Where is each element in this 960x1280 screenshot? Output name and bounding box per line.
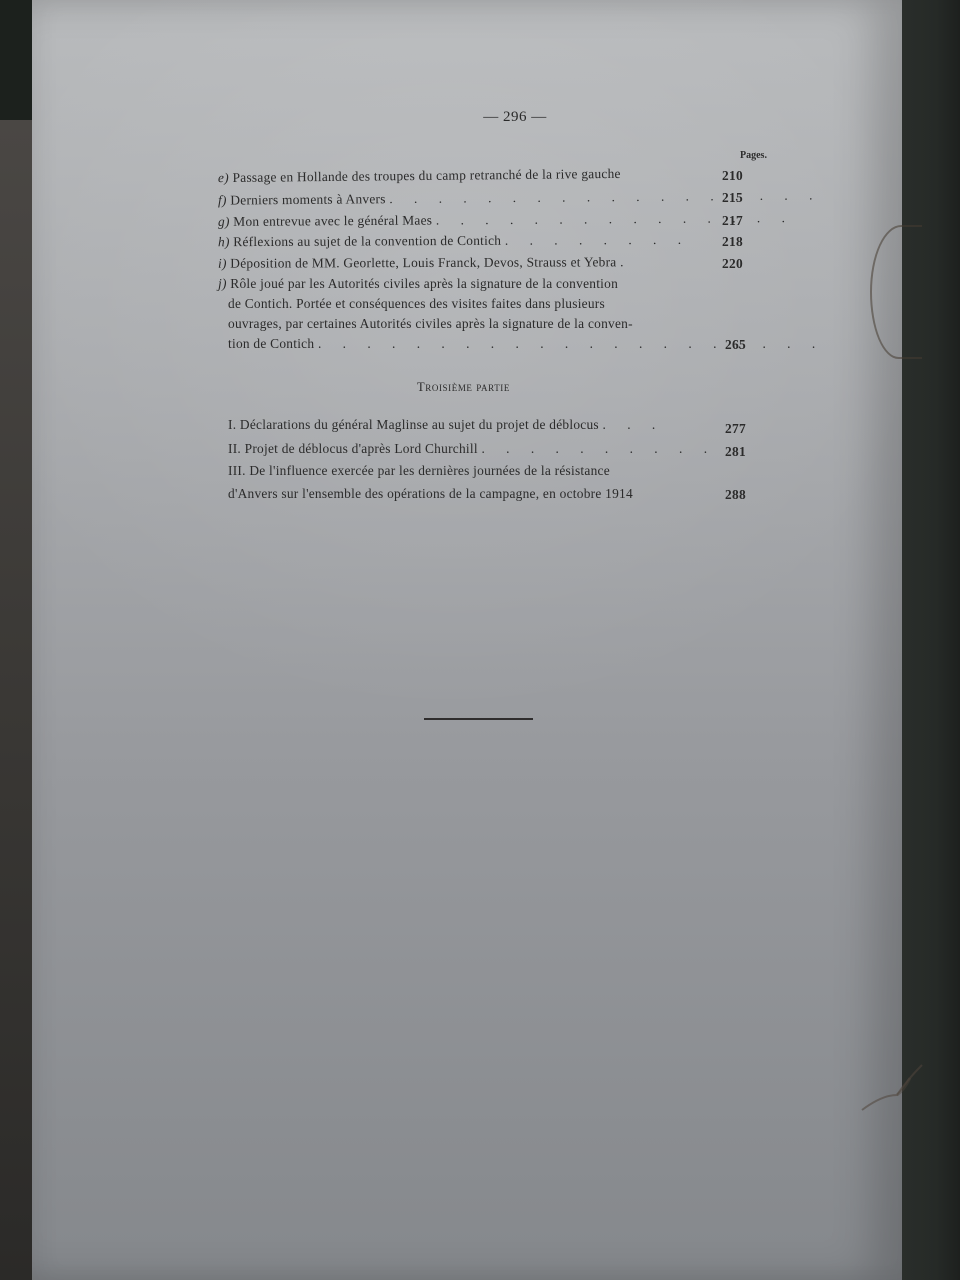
toc-entry-e: e) Passage en Hollande des troupes du ca… bbox=[218, 166, 621, 186]
entry-title: Déclarations du général Maglinse au suje… bbox=[240, 417, 599, 432]
entry-letter: h) bbox=[218, 234, 230, 249]
paper-tear-mark bbox=[852, 1060, 932, 1120]
entry-title-line-1: De l'influence exercée par les dernières… bbox=[249, 463, 610, 478]
entry-page: 217 bbox=[722, 213, 743, 229]
book-page: — 296 — Pages. e) Passage en Hollande de… bbox=[32, 0, 902, 1280]
toc-entry-h: h) Réflexions au sujet de la convention … bbox=[218, 232, 690, 250]
entry-title: Derniers moments à Anvers bbox=[230, 191, 385, 207]
pages-column-header: Pages. bbox=[740, 150, 767, 161]
leader-dots: . . . . . . . . . . . . . . . . . . . . … bbox=[318, 336, 824, 351]
entry-letter: f) bbox=[218, 193, 227, 208]
entry-title: Projet de déblocus d'après Lord Churchil… bbox=[245, 441, 478, 456]
toc-entry-j-line-2: de Contich. Portée et conséquences des v… bbox=[228, 296, 605, 312]
toc-entry-III-line-2: d'Anvers sur l'ensemble des opérations d… bbox=[228, 486, 633, 502]
entry-page: 210 bbox=[722, 168, 743, 184]
toc-entry-i: i) Déposition de MM. Georlette, Louis Fr… bbox=[218, 254, 624, 271]
water-stain-mark bbox=[870, 225, 922, 359]
leader-dots: . bbox=[620, 254, 624, 269]
entry-title: Réflexions au sujet de la convention de … bbox=[233, 233, 501, 249]
entry-numeral: II. bbox=[228, 441, 241, 456]
entry-numeral: I. bbox=[228, 417, 236, 432]
entry-letter: j) bbox=[218, 276, 227, 291]
toc-entry-g: g) Mon entrevue avec le général Maes . .… bbox=[218, 210, 794, 230]
toc-entry-II: II. Projet de déblocus d'après Lord Chur… bbox=[228, 441, 716, 457]
leader-dots: . . . . . . . . . . . . . . . . . . bbox=[389, 187, 821, 206]
entry-letter: i) bbox=[218, 256, 227, 271]
section-title: Troisième partie bbox=[417, 380, 510, 395]
entry-title-line-4: tion de Contich bbox=[228, 336, 314, 351]
entry-letter: e) bbox=[218, 170, 229, 185]
closing-rule-divider bbox=[424, 718, 533, 720]
toc-entry-j: j) Rôle joué par les Autorités civiles a… bbox=[218, 276, 618, 292]
entry-page: 265 bbox=[725, 337, 746, 353]
entry-letter: g) bbox=[218, 214, 230, 229]
entry-page: 288 bbox=[725, 487, 746, 503]
entry-numeral: III. bbox=[228, 463, 246, 478]
toc-entry-j-line-3: ouvrages, par certaines Autorités civile… bbox=[228, 316, 633, 332]
entry-title: Déposition de MM. Georlette, Louis Franc… bbox=[230, 254, 616, 270]
entry-page: 218 bbox=[722, 234, 743, 250]
entry-page: 215 bbox=[722, 190, 743, 206]
entry-title: Mon entrevue avec le général Maes bbox=[233, 213, 432, 229]
entry-page: 220 bbox=[722, 256, 743, 272]
page-number: — 296 — bbox=[470, 109, 560, 126]
entry-page: 281 bbox=[725, 444, 746, 460]
leader-dots: . . . bbox=[603, 417, 665, 432]
entry-title-line-1: Rôle joué par les Autorités civiles aprè… bbox=[230, 276, 618, 291]
toc-entry-III: III. De l'influence exercée par les dern… bbox=[228, 463, 610, 479]
background-sheet-left bbox=[0, 120, 34, 1280]
leader-dots: . . . . . . . . . . bbox=[481, 441, 716, 456]
entry-page: 277 bbox=[725, 421, 746, 437]
toc-entry-I: I. Déclarations du général Maglinse au s… bbox=[228, 417, 664, 433]
entry-title: Passage en Hollande des troupes du camp … bbox=[232, 166, 620, 185]
leader-dots: . . . . . . . . bbox=[505, 232, 690, 248]
